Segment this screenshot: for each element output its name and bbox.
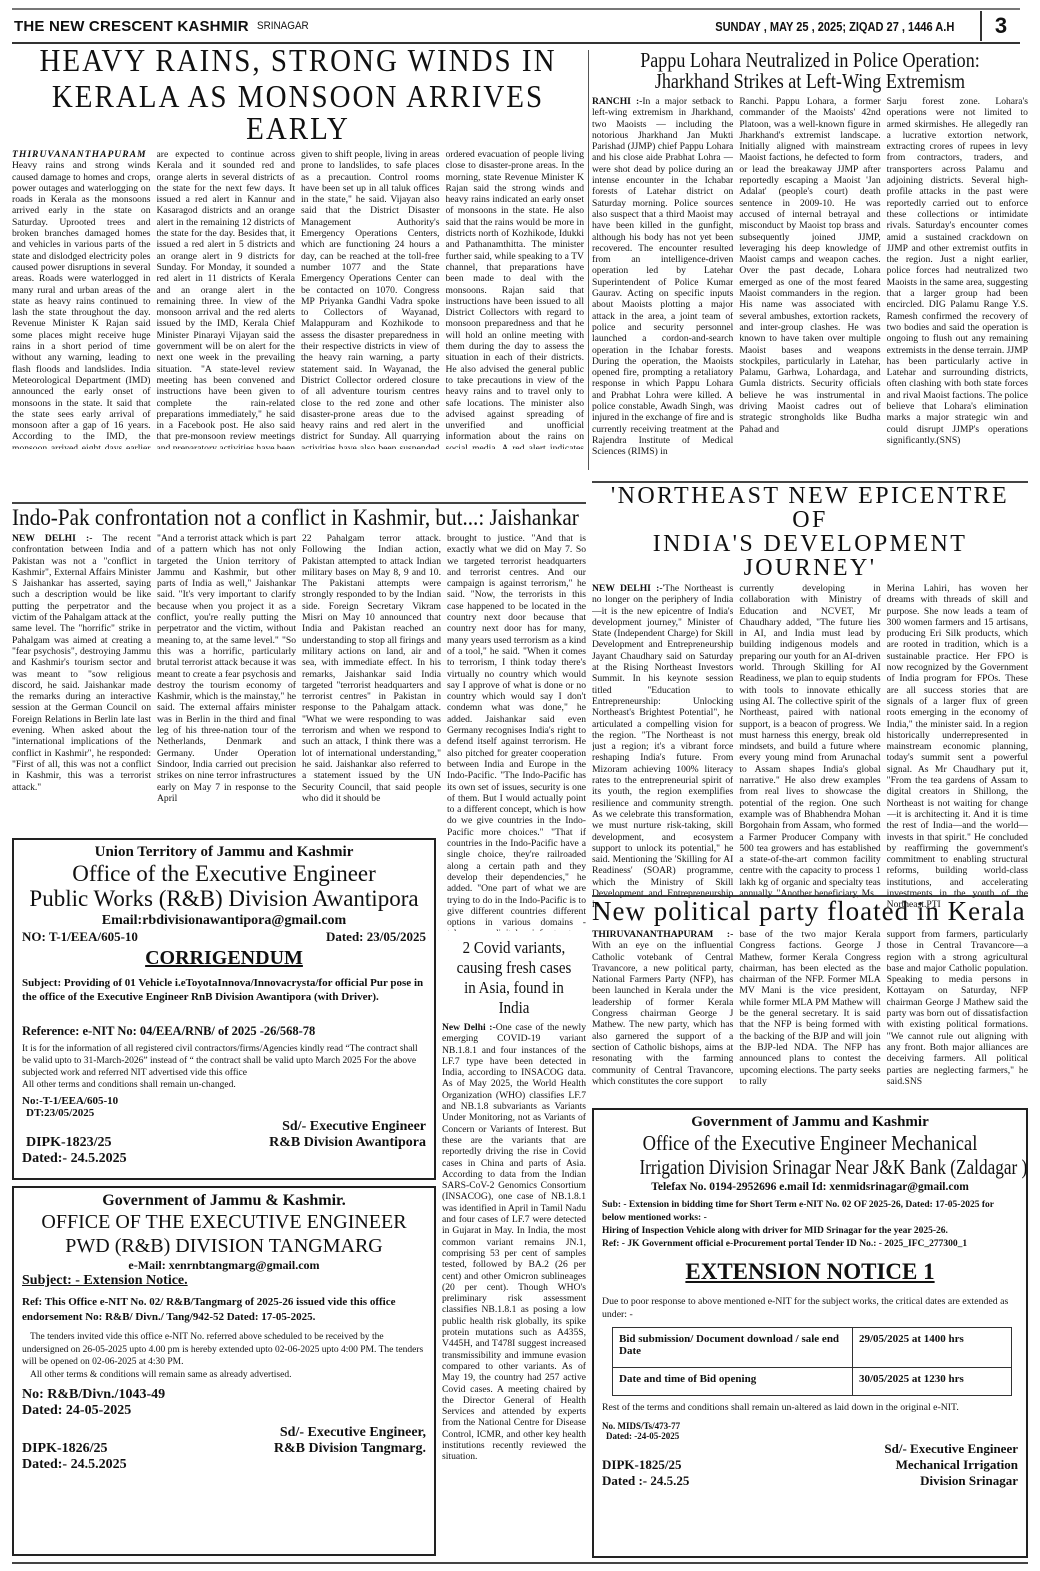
ad-subject: Sub: - Extension in bidding time for Sho…	[602, 1199, 1018, 1225]
article-column: THIRUVANANTHAPURAM Heavy rains and stron…	[12, 149, 151, 449]
ad-signature: Sd/- Executive Engineer	[22, 1119, 426, 1135]
article-column: 22 Pahalgam terror attack. Following the…	[302, 533, 441, 833]
headline-line: Pappu Lohara Neutralized in Police Opera…	[623, 50, 998, 71]
ad-signature: Sd/- Executive Engineer,	[22, 1425, 426, 1441]
ad-line: Irrigation Division Srinagar Near J&K Ba…	[639, 1155, 980, 1179]
column-text: ordered evacuation of people living clos…	[446, 149, 585, 449]
ad-date: DT:23/05/2025	[26, 1107, 426, 1119]
column-text: 'The Northeast is no longer on the perip…	[592, 583, 733, 910]
headline: 'NORTHEAST NEW EPICENTRE OF INDIA'S DEVE…	[592, 484, 1028, 580]
ad-line: Government of Jammu & Kashmir.	[22, 1192, 426, 1210]
ad-email: Email:rbdivisionawantipora@gmail.com	[22, 913, 426, 929]
article-northeast: 'NORTHEAST NEW EPICENTRE OF INDIA'S DEVE…	[592, 484, 1028, 923]
ad-dipk: DIPK-1823/25	[26, 1135, 112, 1151]
page-number: 3	[980, 11, 1020, 41]
headline-line: INDIA'S DEVELOPMENT JOURNEY'	[592, 532, 1028, 580]
table-row: Bid submission/ Document download / sale…	[613, 1328, 1012, 1368]
table-cell: 29/05/2025 at 1400 hrs	[853, 1328, 1012, 1368]
column-text: The recent confrontation between India a…	[12, 533, 151, 793]
table-cell: Date and time of Bid opening	[613, 1368, 853, 1396]
article-column: Sarju forest zone. Lohara's operations w…	[887, 96, 1028, 466]
ad-date: Dated: 24-05-2025	[22, 1403, 426, 1419]
ad-subject: Subject: Providing of 01 Vehicle i.eToyo…	[22, 976, 426, 1004]
article-column: "And a terrorist attack which is part of…	[157, 533, 296, 833]
ad-contact: Telefax No. 0194-2952696 e.mail Id: xenm…	[602, 1181, 1018, 1193]
ad-body: All other terms & conditions will remain…	[22, 1369, 426, 1382]
issue-date: SUNDAY , MAY 25 , 2025; ZIQAD 27 , 1446 …	[715, 19, 954, 34]
critical-dates-table: Bid submission/ Document download / sale…	[612, 1327, 1012, 1396]
table-cell: Bid submission/ Document download / sale…	[613, 1328, 853, 1368]
article-column: NEW DELHI :-'The Northeast is no longer …	[592, 583, 733, 923]
ad-subject: Subject: - Extension Notice.	[22, 1273, 426, 1289]
ad-signature: Division Srinagar	[920, 1473, 1018, 1489]
article-column: NEW DELHI :- The recent confrontation be…	[12, 533, 151, 833]
article-column: THIRUVANANTHAPURAM :- With an eye on the…	[592, 929, 733, 1089]
masthead: THE NEW CRESCENT KASHMIR SRINAGAR SUNDAY…	[12, 8, 1020, 44]
headline-line: KERALA AS MONSOON ARRIVES EARLY	[12, 82, 584, 146]
ad-line: Office of the Executive Engineer Mechani…	[627, 1131, 993, 1155]
column-text: With an eye on the influential Catholic …	[592, 940, 733, 1087]
ad-title: EXTENSION NOTICE 1	[602, 1259, 1018, 1285]
article-pappu-lohara: Pappu Lohara Neutralized in Police Opera…	[592, 50, 1028, 466]
ad-signature: Mechanical Irrigation	[896, 1457, 1018, 1473]
ad-reference: Reference: e-NIT No: 04/EEA/RNB/ of 2025…	[22, 1024, 426, 1039]
ad-reference: Ref: This Office e-NIT No. 02/ R&B/Tangm…	[22, 1295, 426, 1325]
ad-dipk: DIPK-1825/25	[602, 1457, 681, 1473]
article-column: are expected to continue across Kerala a…	[157, 149, 296, 449]
ad-email: e-Mail: xenrnbtangmarg@gmail.com	[22, 1258, 426, 1273]
ad-dipk-date: Dated:- 24.5.2025	[22, 1151, 426, 1167]
ad-dipk-date: Dated:- 24.5.2025	[22, 1457, 426, 1473]
ad-corrigendum-awantipora: Union Territory of Jammu and Kashmir Off…	[12, 838, 436, 1022]
headline: 2 Covid variants, causing fresh cases in…	[451, 938, 578, 1018]
column-text: given to shift people, living in areas p…	[301, 149, 440, 449]
article-column: New Delhi :-One case of the newly emergi…	[442, 1022, 586, 1571]
table-cell: 30/05/2025 at 1230 hrs	[853, 1368, 1012, 1396]
column-text: brought to justice. "And that is exactly…	[447, 533, 586, 931]
ad-extension-mechanical: Government of Jammu and Kashmir Office o…	[592, 1108, 1028, 1558]
article-column: Ranchi. Pappu Lohara, a former commander…	[739, 96, 880, 466]
ad-dipk-date: Dated :- 24.5.25	[602, 1473, 689, 1489]
article-kerala-rains: HEAVY RAINS, STRONG WINDS IN KERALA AS M…	[12, 50, 584, 449]
headline: New political party floated in Kerala	[592, 898, 1028, 925]
ad-line: OFFICE OF THE EXECUTIVE ENGINEER	[22, 1210, 426, 1234]
dateline: NEW DELHI :-	[12, 533, 92, 544]
headline-line: Jharkhand Strikes at Left-Wing Extremism	[623, 71, 998, 92]
column-text: In a major setback to left-wing extremis…	[592, 96, 733, 457]
dateline: RANCHI :-	[592, 96, 642, 107]
ad-signature: R&B Division Tangmarg.	[274, 1441, 426, 1457]
ad-number: No: R&B/Divn./1043-49	[22, 1387, 426, 1403]
ad-line: Union Territory of Jammu and Kashmir	[22, 844, 426, 861]
section-divider	[12, 502, 586, 504]
newspaper-name: THE NEW CRESCENT KASHMIR	[14, 18, 249, 35]
ad-title: CORRIGENDUM	[22, 947, 426, 970]
headline: Pappu Lohara Neutralized in Police Opera…	[623, 50, 998, 92]
ad-line: Public Works (R&B) Division Awantipora	[22, 886, 426, 911]
ad-line: Government of Jammu and Kashmir	[602, 1114, 1018, 1131]
headline-line: 'NORTHEAST NEW EPICENTRE OF	[592, 484, 1028, 532]
ad-line: Office of the Executive Engineer	[22, 861, 426, 886]
headline: Indo-Pak confrontation not a conflict in…	[12, 506, 540, 529]
column-text: currently developing in collaboration wi…	[739, 583, 880, 899]
table-row: Date and time of Bid opening 30/05/2025 …	[613, 1368, 1012, 1396]
headline-line: HEAVY RAINS, STRONG WINDS IN	[12, 45, 584, 77]
dateline: New Delhi :-	[442, 1022, 496, 1033]
article-column: brought to justice. "And that is exactly…	[447, 533, 586, 931]
ad-number: No. MIDS/Ts/473-77	[602, 1421, 1018, 1431]
article-kerala-party: New political party floated in Kerala TH…	[592, 898, 1028, 1089]
ad-dipk: DIPK-1826/25	[22, 1441, 108, 1457]
article-column: RANCHI :-In a major setback to left-wing…	[592, 96, 733, 466]
dateline: NEW DELHI :-	[592, 583, 663, 594]
ad-extension-tangmarg: Government of Jammu & Kashmir. OFFICE OF…	[12, 1186, 436, 1556]
column-text: support from farmers, particularly those…	[887, 929, 1028, 1087]
ad-signature: Sd/- Executive Engineer	[602, 1441, 1018, 1457]
ad-reference: Ref: - JK Government official e-Procurem…	[602, 1238, 1018, 1251]
ad-body: All other terms and conditions shall rem…	[22, 1079, 426, 1091]
ad-signature: R&B Division Awantipora	[269, 1135, 426, 1151]
ad-body: Due to poor response to above mentioned …	[602, 1295, 1018, 1321]
column-text: Merina Lahiri, has woven her dreams with…	[887, 583, 1028, 910]
ad-body: It is for the information of all registe…	[22, 1043, 426, 1079]
column-text: Heavy rains and strong winds caused dama…	[12, 160, 151, 449]
ad-line: PWD (R&B) DIVISION TANGMARG	[22, 1234, 426, 1258]
page-bottom-rule	[12, 1562, 1028, 1564]
headline: HEAVY RAINS, STRONG WINDS IN KERALA AS M…	[12, 45, 584, 145]
article-column: ordered evacuation of people living clos…	[446, 149, 585, 449]
ad-date: Dated: 23/05/2025	[326, 929, 426, 945]
column-text: Sarju forest zone. Lohara's operations w…	[887, 96, 1028, 446]
article-column: support from farmers, particularly those…	[887, 929, 1028, 1089]
article-column: given to shift people, living in areas p…	[301, 149, 440, 449]
column-text: "And a terrorist attack which is part of…	[157, 533, 296, 804]
article-covid: 2 Covid variants, causing fresh cases in…	[442, 938, 586, 1571]
ad-work: Hiring of Inspection Vehicle along with …	[602, 1225, 1018, 1238]
column-text: Ranchi. Pappu Lohara, a former commander…	[739, 96, 880, 435]
edition-city: SRINAGAR	[257, 20, 309, 32]
column-divider	[588, 50, 589, 470]
article-column: base of the two major Kerala Congress fa…	[739, 929, 880, 1089]
article-column: Merina Lahiri, has woven her dreams with…	[887, 583, 1028, 923]
ad-corrigendum-awantipora-body: Reference: e-NIT No: 04/EEA/RNB/ of 2025…	[12, 1020, 436, 1180]
column-text: 22 Pahalgam terror attack. Following the…	[302, 533, 441, 804]
column-text: are expected to continue across Kerala a…	[157, 149, 296, 449]
ad-body: The tenders invited vide this office e-N…	[22, 1331, 426, 1369]
ad-date: Dated: -24-05-2025	[606, 1431, 1018, 1441]
ad-number: No:-T-1/EEA/605-10	[22, 1095, 426, 1107]
ad-body: Rest of the terms and conditions shall r…	[602, 1402, 1018, 1413]
article-column: currently developing in collaboration wi…	[739, 583, 880, 923]
column-text: base of the two major Kerala Congress fa…	[739, 929, 880, 1087]
dateline: THIRUVANANTHAPURAM	[12, 149, 147, 160]
dateline: THIRUVANANTHAPURAM :-	[592, 929, 733, 940]
ad-number: NO: T-1/EEA/605-10	[22, 929, 138, 945]
column-text: One case of the newly emerging COVID-19 …	[442, 1022, 586, 1462]
